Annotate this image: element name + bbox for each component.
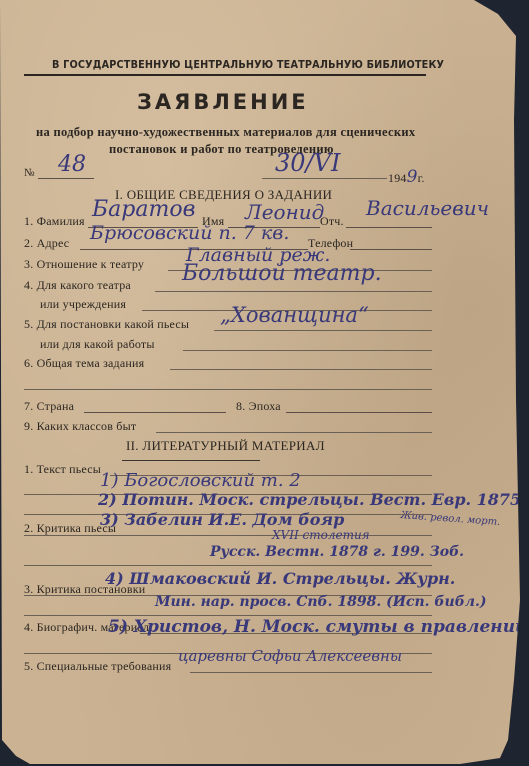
number-value[interactable]: 48: [58, 152, 86, 177]
work-label: или для какой работы: [40, 337, 155, 352]
country-label: 7. Страна: [24, 399, 74, 414]
patronymic-label: Отч.: [320, 214, 344, 229]
play-text-label: 1. Текст пьесы: [24, 462, 101, 477]
date-rule: [262, 178, 387, 179]
patronymic-value[interactable]: Васильевич: [366, 196, 489, 220]
play-rule: [214, 330, 432, 331]
year-field: 1949г.: [388, 167, 425, 187]
critique-play-entry-3[interactable]: Русск. Вестн. 1878 г. 199. Зоб.: [210, 544, 464, 560]
date-value[interactable]: 30/VI: [275, 149, 340, 177]
name-value[interactable]: Леонид: [245, 200, 324, 224]
theatre-rule: [155, 291, 432, 292]
play-value[interactable]: „Хованщина“: [220, 303, 369, 327]
theatre-value[interactable]: Большой театр.: [182, 261, 382, 286]
theme-label: 6. Общая тема задания: [24, 356, 144, 371]
section-2-title: II. ЛИТЕРАТУРНЫЙ МАТЕРИАЛ: [126, 438, 325, 454]
bio-entry-2[interactable]: царевны Софьи Алексеевны: [178, 647, 402, 665]
section-2-underline: [122, 460, 260, 461]
theatre-label: 4. Для какого театра: [24, 278, 131, 293]
relation-label: 3. Отношение к театру: [24, 257, 144, 272]
surname-label: 1. Фамилия: [24, 214, 85, 229]
critique-prod-entry-2[interactable]: Мин. нар. просв. Спб. 1898. (Исп. библ.): [155, 594, 487, 610]
epoch-label: 8. Эпоха: [236, 399, 281, 414]
theme-rule-2: [24, 389, 432, 390]
classes-rule: [156, 432, 432, 433]
institution-label: или учреждения: [40, 297, 126, 312]
year-digit[interactable]: 9: [407, 167, 418, 187]
theme-rule: [170, 369, 432, 370]
subtitle-line-1: на подбор научно-художественных материал…: [36, 125, 415, 140]
header-rule: [24, 74, 426, 76]
critique-prod-rule-2: [24, 615, 432, 616]
document-paper: В ГОСУДАРСТВЕННУЮ ЦЕНТРАЛЬНУЮ ТЕАТРАЛЬНУ…: [0, 0, 529, 766]
address-label: 2. Адрес: [24, 236, 69, 251]
special-rule: [190, 672, 432, 673]
document-title: ЗАЯВЛЕНИЕ: [137, 90, 309, 114]
special-label: 5. Специальные требования: [24, 659, 171, 674]
surname-value[interactable]: Баратов: [92, 197, 195, 222]
recipient-header: В ГОСУДАРСТВЕННУЮ ЦЕНТРАЛЬНУЮ ТЕАТРАЛЬНУ…: [52, 58, 444, 71]
address-value[interactable]: Брюсовский п. 7 кв.: [90, 222, 289, 244]
play-label: 5. Для постановки какой пьесы: [24, 317, 189, 332]
phone-rule: [350, 249, 432, 250]
work-rule: [183, 350, 432, 351]
bio-entry-1[interactable]: 5) Христов, Н. Моск. смуты в правлении: [108, 617, 527, 637]
number-rule: [38, 178, 94, 179]
patronymic-rule: [346, 227, 432, 228]
critique-prod-entry-1[interactable]: 4) Шмаковский И. Стрельцы. Журн.: [105, 569, 455, 588]
year-suffix: г.: [418, 171, 425, 185]
epoch-rule: [286, 412, 432, 413]
critique-play-entry-2[interactable]: XVII столетия: [272, 528, 370, 542]
number-label: №: [24, 167, 35, 179]
critique-play-rule-2: [24, 565, 432, 566]
critique-play-entry-1[interactable]: 3) Забелин И.Е. Дом бояр: [100, 510, 344, 529]
play-text-entry-2[interactable]: 2) Потин. Моск. стрельцы. Вест. Евр. 187…: [98, 490, 521, 509]
year-prefix: 194: [388, 171, 407, 185]
critique-play-rule: [24, 535, 432, 536]
play-text-entry-3[interactable]: Жив. револ. морт.: [400, 510, 501, 528]
country-rule: [84, 412, 226, 413]
play-text-entry-1[interactable]: 1) Богословский т. 2: [100, 470, 301, 491]
classes-label: 9. Каких классов быт: [24, 419, 136, 434]
